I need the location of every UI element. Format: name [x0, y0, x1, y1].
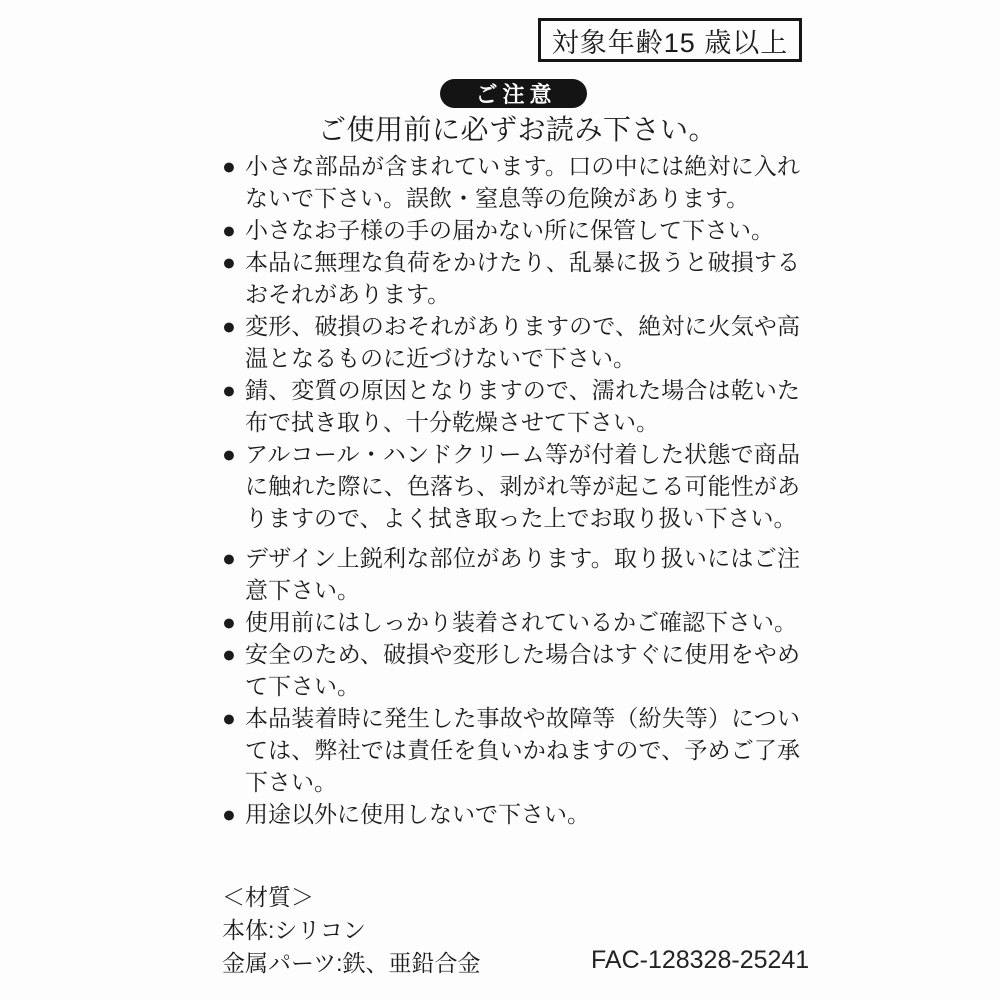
bullet-icon: ●	[222, 150, 245, 182]
material-body-line: 本体:シリコン	[222, 914, 480, 947]
caution-label-page: 対象年齢15 歳以上 ご注意 ご使用前に必ずお読み下さい。 ● 小さな部品が含ま…	[0, 0, 1000, 1000]
warning-text: 小さな部品が含まれています。口の中には絶対に入れないで下さい。誤飲・窒息等の危険…	[245, 153, 800, 211]
bullet-icon: ●	[222, 438, 245, 470]
age-restriction-text: 対象年齢15 歳以上	[552, 21, 789, 60]
bullet-icon: ●	[222, 638, 245, 670]
warning-item: ● 小さなお子様の手の届かない所に保管して下さい。	[222, 214, 800, 246]
bullet-icon: ●	[222, 246, 245, 278]
bullet-icon: ●	[222, 374, 245, 406]
warning-list-secondary: ● デザイン上鋭利な部位があります。取り扱いにはご注意下さい。 ● 使用前にはし…	[222, 542, 800, 830]
warning-item: ● 用途以外に使用しないで下さい。	[222, 798, 800, 830]
bullet-icon: ●	[222, 214, 245, 246]
bullet-icon: ●	[222, 542, 245, 574]
caution-badge-label: ご注意	[470, 78, 556, 109]
warning-item: ● アルコール・ハンドクリーム等が付着した状態で商品に触れた際に、色落ち、剥がれ…	[222, 438, 800, 534]
bullet-icon: ●	[222, 702, 245, 734]
warning-text: 錆、変質の原因となりますので、濡れた場合は乾いた布で拭き取り、十分乾燥させて下さ…	[245, 377, 800, 435]
read-before-use-heading: ご使用前に必ずお読み下さい。	[318, 108, 717, 148]
warning-item: ● 本品に無理な負荷をかけたり、乱暴に扱うと破損するおそれがあります。	[222, 246, 800, 310]
warning-item: ● 変形、破損のおそれがありますので、絶対に火気や高温となるものに近づけないで下…	[222, 310, 800, 374]
warning-text: 使用前にはしっかり装着されているかご確認下さい。	[245, 609, 797, 635]
age-restriction-box: 対象年齢15 歳以上	[538, 18, 802, 62]
product-code: FAC-128328-25241	[591, 946, 809, 975]
bullet-icon: ●	[222, 310, 245, 342]
bullet-icon: ●	[222, 606, 245, 638]
warning-text: 用途以外に使用しないで下さい。	[245, 801, 590, 827]
warning-list-primary: ● 小さな部品が含まれています。口の中には絶対に入れないで下さい。誤飲・窒息等の…	[222, 150, 800, 534]
warning-text: 本品装着時に発生した事故や故障等（紛失等）については、弊社では責任を負いかねます…	[245, 705, 800, 795]
warning-item: ● 使用前にはしっかり装着されているかご確認下さい。	[222, 606, 800, 638]
warning-item: ● デザイン上鋭利な部位があります。取り扱いにはご注意下さい。	[222, 542, 800, 606]
warning-text: 安全のため、破損や変形した場合はすぐに使用をやめて下さい。	[245, 641, 800, 699]
warning-item: ● 安全のため、破損や変形した場合はすぐに使用をやめて下さい。	[222, 638, 800, 702]
warning-item: ● 小さな部品が含まれています。口の中には絶対に入れないで下さい。誤飲・窒息等の…	[222, 150, 800, 214]
warning-text: 本品に無理な負荷をかけたり、乱暴に扱うと破損するおそれがあります。	[245, 249, 800, 307]
warning-item: ● 本品装着時に発生した事故や故障等（紛失等）については、弊社では責任を負いかね…	[222, 702, 800, 798]
warning-text: アルコール・ハンドクリーム等が付着した状態で商品に触れた際に、色落ち、剥がれ等が…	[245, 441, 800, 531]
materials-title: ＜材質＞	[222, 881, 480, 914]
material-metal-line: 金属パーツ:鉄、亜鉛合金	[222, 947, 480, 980]
materials-section: ＜材質＞ 本体:シリコン 金属パーツ:鉄、亜鉛合金	[222, 881, 480, 980]
warning-item: ● 錆、変質の原因となりますので、濡れた場合は乾いた布で拭き取り、十分乾燥させて…	[222, 374, 800, 438]
caution-badge: ご注意	[440, 79, 587, 108]
warning-text: 変形、破損のおそれがありますので、絶対に火気や高温となるものに近づけないで下さい…	[245, 313, 800, 371]
bullet-icon: ●	[222, 798, 245, 830]
warning-text: デザイン上鋭利な部位があります。取り扱いにはご注意下さい。	[245, 545, 800, 603]
warning-text: 小さなお子様の手の届かない所に保管して下さい。	[245, 217, 774, 243]
